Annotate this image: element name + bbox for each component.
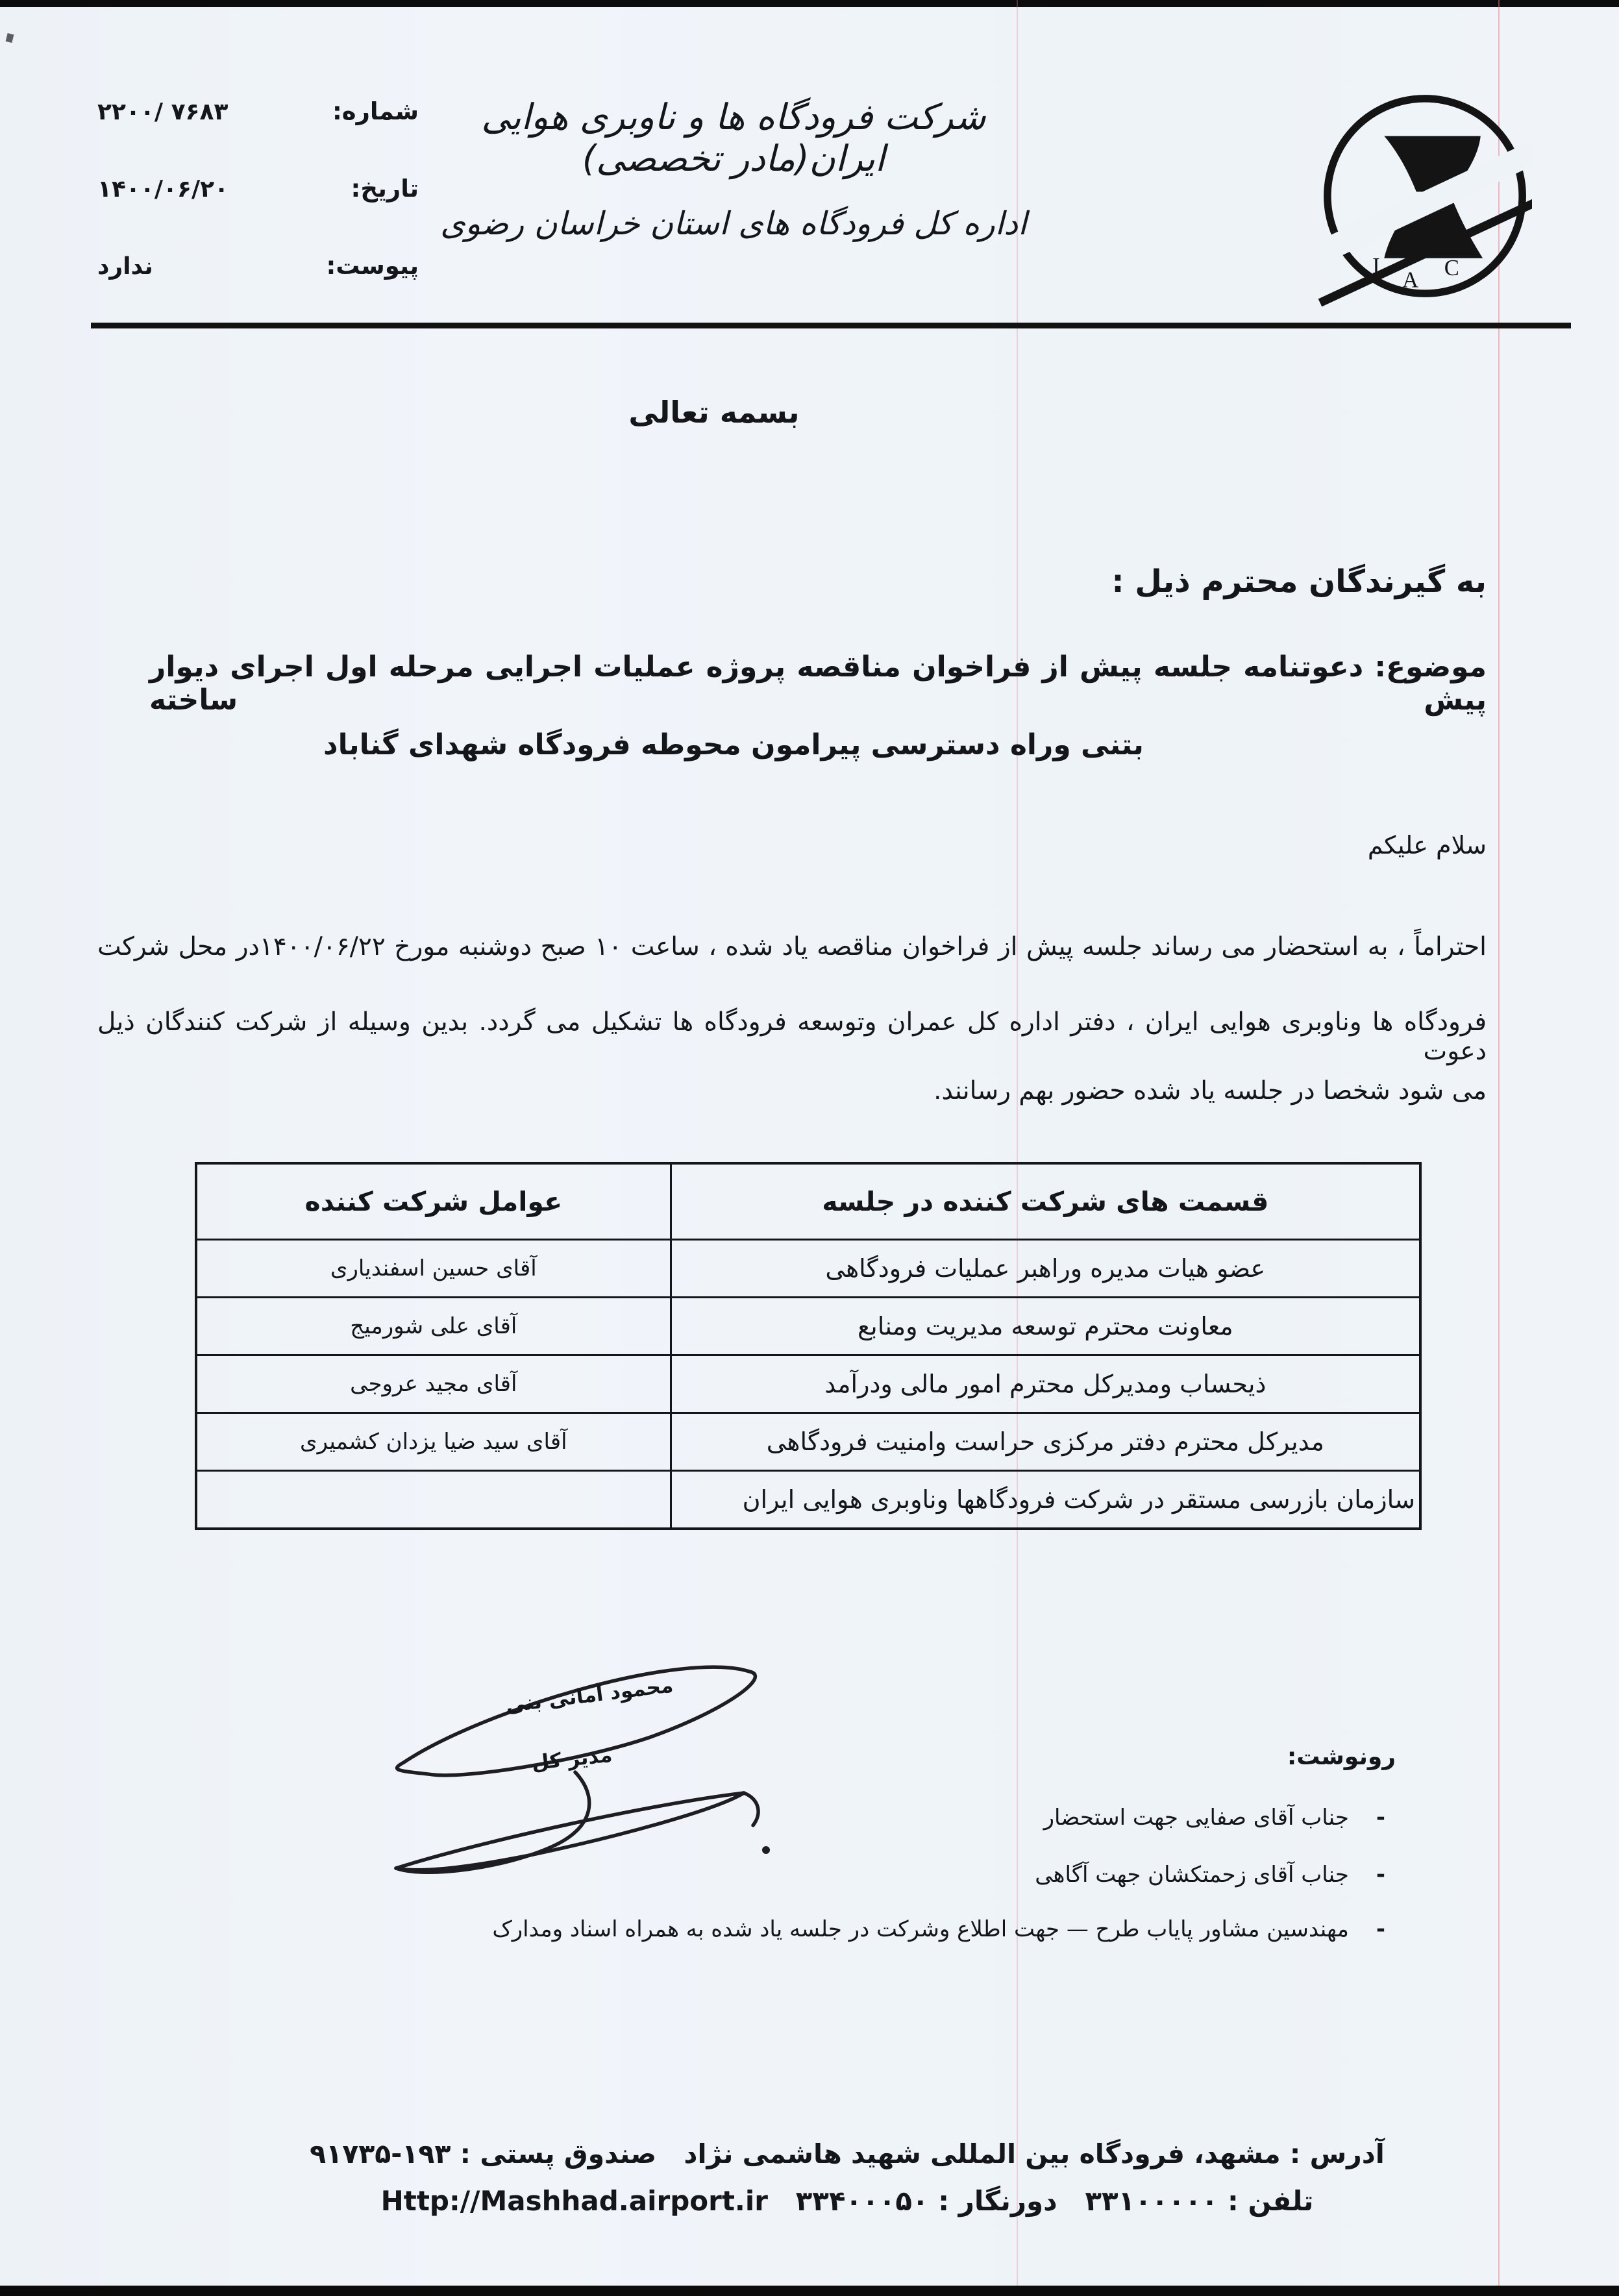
logo-letter-a: A — [1402, 267, 1418, 292]
cc-dash: - — [1376, 1916, 1385, 1942]
person-cell — [196, 1471, 671, 1529]
logo-letter-i: I — [1372, 254, 1380, 278]
header-divider-rule — [91, 323, 1571, 328]
dept-cell: معاونت محترم توسعه مدیریت ومنابع — [671, 1298, 1420, 1355]
cc-dash: - — [1376, 1862, 1385, 1888]
footer-fax-value: ۳۳۴۰۰۰۵۰ — [796, 2185, 929, 2217]
cc-label: رونوشت: — [1287, 1744, 1396, 1770]
footer-postal-label: صندوق پستی : — [460, 2138, 656, 2169]
footer-contact-line: تلفن : ۳۳۱۰۰۰۰۰ دورنگار : ۳۳۴۰۰۰۵۰ Http:… — [75, 2185, 1619, 2217]
footer-website-url: Http://Mashhad.airport.ir — [381, 2185, 768, 2217]
subject-line-2: بتنی وراه دسترسی پیرامون محوطه فرودگاه ش… — [65, 728, 1402, 761]
letter-meta-block: شماره: ۲۲۰۰/ ۷۶۸۳ تاریخ: ۱۴۰۰/۰۶/۲۰ پیوس… — [97, 97, 419, 329]
dept-cell: ذیحساب ومدیرکل محترم امور مالی ودرآمد — [671, 1355, 1420, 1413]
dept-cell: سازمان بازرسی مستقر در شرکت فرودگاهها ون… — [671, 1471, 1420, 1529]
person-cell: آقای سید ضیا یزدان کشمیری — [196, 1413, 671, 1471]
body-line-2: فرودگاه ها وناوبری هوایی ایران ، دفتر اد… — [97, 1007, 1487, 1066]
footer-fax-label: دورنگار : — [938, 2185, 1057, 2217]
dept-cell: مدیرکل محترم دفتر مرکزی حراست وامنیت فرو… — [671, 1413, 1420, 1471]
scan-fold-line-left — [1017, 0, 1018, 2296]
footer-postal-value: ۹۱۷۳۵-۱۹۳ — [310, 2138, 451, 2169]
iac-logo: I A C — [1318, 83, 1532, 309]
participants-table: قسمت های شرکت کننده در جلسه عوامل شرکت ک… — [195, 1162, 1422, 1530]
body-line-1: احتراماً ، به استحضار می رساند جلسه پیش … — [97, 932, 1487, 961]
letter-attachment-row: پیوست: ندارد — [97, 252, 419, 280]
column-header-persons: عوامل شرکت کننده — [196, 1163, 671, 1240]
attachment-value: ندارد — [97, 253, 153, 280]
scan-corner-mark — [6, 33, 14, 43]
org-department-line: اداره کل فرودگاه های استان خراسان رضوی — [409, 205, 1058, 242]
salutation: سلام علیکم — [1368, 831, 1487, 859]
scanned-letter-page: شماره: ۲۲۰۰/ ۷۶۸۳ تاریخ: ۱۴۰۰/۰۶/۲۰ پیوس… — [0, 0, 1619, 2296]
column-header-departments: قسمت های شرکت کننده در جلسه — [671, 1163, 1420, 1240]
letter-number-row: شماره: ۲۲۰۰/ ۷۶۸۳ — [97, 97, 419, 125]
scan-top-strip — [0, 0, 1619, 7]
besmele-heading: بسمه تعالی — [0, 395, 1428, 430]
body-line-3: می شود شخصا در جلسه یاد شده حضور بهم رسا… — [933, 1076, 1487, 1105]
cc-dash: - — [1376, 1805, 1385, 1831]
footer-phone-value: ۳۳۱۰۰۰۰۰ — [1085, 2185, 1218, 2217]
letter-date-row: تاریخ: ۱۴۰۰/۰۶/۲۰ — [97, 175, 419, 203]
subject-line-1: موضوع: دعوتنامه جلسه پیش از فراخوان مناق… — [149, 650, 1487, 717]
table-row: ذیحساب ومدیرکل محترم امور مالی ودرآمد آق… — [196, 1355, 1420, 1413]
table-row: عضو هیات مدیره وراهبر عملیات فرودگاهی آق… — [196, 1240, 1420, 1298]
cc-item-text: جناب آقای زحمتکشان جهت آگاهی — [1035, 1862, 1349, 1888]
cc-item: - جناب آقای صفایی جهت استحضار — [1044, 1805, 1385, 1831]
table-row: مدیرکل محترم دفتر مرکزی حراست وامنیت فرو… — [196, 1413, 1420, 1471]
signature-block: محمود امانی بنی مدیر کل — [377, 1636, 779, 1902]
table-row: معاونت محترم توسعه مدیریت ومنابع آقای عل… — [196, 1298, 1420, 1355]
footer-address: آدرس : مشهد، فرودگاه بین المللی شهید هاش… — [684, 2138, 1384, 2169]
iac-logo-graphic: I A C — [1318, 83, 1532, 309]
footer-address-line: آدرس : مشهد، فرودگاه بین المللی شهید هاش… — [75, 2138, 1619, 2169]
table-row: سازمان بازرسی مستقر در شرکت فرودگاهها ون… — [196, 1471, 1420, 1529]
org-header: شرکت فرودگاه ها و ناوبری هوایی ایران(ماد… — [409, 96, 1058, 242]
person-cell: آقای علی شورمیج — [196, 1298, 671, 1355]
dept-cell: عضو هیات مدیره وراهبر عملیات فرودگاهی — [671, 1240, 1420, 1298]
cc-item: - جناب آقای زحمتکشان جهت آگاهی — [1035, 1862, 1385, 1888]
attachment-label: پیوست: — [326, 252, 419, 280]
recipients-heading: به گیرندگان محترم ذیل : — [1111, 563, 1487, 600]
person-cell: آقای مجید عروجی — [196, 1355, 671, 1413]
cc-item: - مهندسین مشاور پایاب طرح — جهت اطلاع وش… — [492, 1916, 1385, 1942]
cc-item-text: جناب آقای صفایی جهت استحضار — [1044, 1805, 1349, 1831]
footer-phone-label: تلفن : — [1228, 2185, 1313, 2217]
cc-item-text: مهندسین مشاور پایاب طرح — جهت اطلاع وشرک… — [492, 1916, 1349, 1942]
number-value: ۲۲۰۰/ ۷۶۸۳ — [97, 99, 228, 125]
date-value: ۱۴۰۰/۰۶/۲۰ — [97, 176, 229, 203]
person-cell: آقای حسین اسفندیاری — [196, 1240, 671, 1298]
table-header-row: قسمت های شرکت کننده در جلسه عوامل شرکت ک… — [196, 1163, 1420, 1240]
logo-letter-c: C — [1444, 256, 1459, 280]
scan-fold-line-right — [1498, 0, 1500, 2296]
number-label: شماره: — [332, 97, 419, 125]
scan-bottom-strip — [0, 2286, 1619, 2296]
org-name-line: شرکت فرودگاه ها و ناوبری هوایی ایران(ماد… — [409, 96, 1058, 179]
